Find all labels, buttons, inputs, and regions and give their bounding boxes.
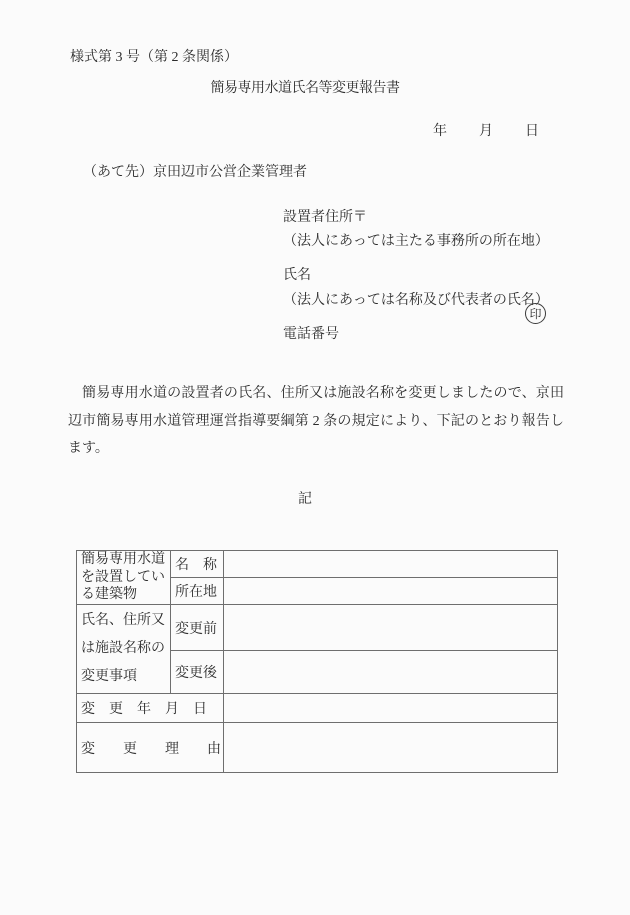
name-value-cell [224, 551, 558, 578]
reason-label-cell: 変 更 理 由 [77, 723, 224, 773]
date-day-label: 日 [525, 120, 539, 140]
table-row: 変 更 年 月 日 [77, 694, 558, 723]
change-group-label-cell: 氏名、住所又は施設名称の変更事項 [77, 605, 171, 694]
table-row: 変 更 理 由 [77, 723, 558, 773]
submitter-name-label: 氏名 [283, 264, 311, 284]
after-value-cell [224, 651, 558, 694]
location-label-cell: 所在地 [171, 578, 224, 605]
document-title: 簡易専用水道氏名等変更報告書 [0, 77, 630, 97]
date-year-label: 年 [433, 120, 447, 140]
submitter-address-label: 設置者住所〒 [283, 206, 367, 226]
form-number: 様式第 3 号（第 2 条関係） [70, 46, 238, 66]
table-row: 簡易専用水道を設置している建築物 名 称 [77, 551, 558, 578]
addressee: （あて先）京田辺市公営企業管理者 [83, 161, 307, 181]
date-month-label: 月 [479, 120, 493, 140]
change-record-table: 簡易専用水道を設置している建築物 名 称 所在地 氏名、住所又は施設名称の変更事… [76, 550, 558, 773]
building-group-label-cell: 簡易専用水道を設置している建築物 [77, 551, 171, 605]
seal-icon: 印 [525, 303, 546, 324]
record-heading: 記 [0, 488, 630, 508]
date-line: 年 月 日 [433, 120, 539, 140]
change-date-value-cell [224, 694, 558, 723]
name-label-cell: 名 称 [171, 551, 224, 578]
submitter-address-note: （法人にあっては主たる事務所の所在地） [283, 230, 549, 250]
after-label-cell: 変更後 [171, 651, 224, 694]
table-row: 氏名、住所又は施設名称の変更事項 変更前 [77, 605, 558, 651]
document-page: 様式第 3 号（第 2 条関係） 簡易専用水道氏名等変更報告書 年 月 日 （あ… [0, 0, 630, 915]
seal-label: 印 [529, 308, 541, 320]
before-value-cell [224, 605, 558, 651]
location-value-cell [224, 578, 558, 605]
body-paragraph: 簡易専用水道の設置者の氏名、住所又は施設名称を変更しましたので、京田辺市簡易専用… [68, 380, 564, 463]
before-label-cell: 変更前 [171, 605, 224, 651]
change-date-label-cell: 変 更 年 月 日 [77, 694, 224, 723]
submitter-phone-label: 電話番号 [283, 323, 339, 343]
submitter-name-note: （法人にあっては名称及び代表者の氏名） [283, 289, 549, 309]
reason-value-cell [224, 723, 558, 773]
